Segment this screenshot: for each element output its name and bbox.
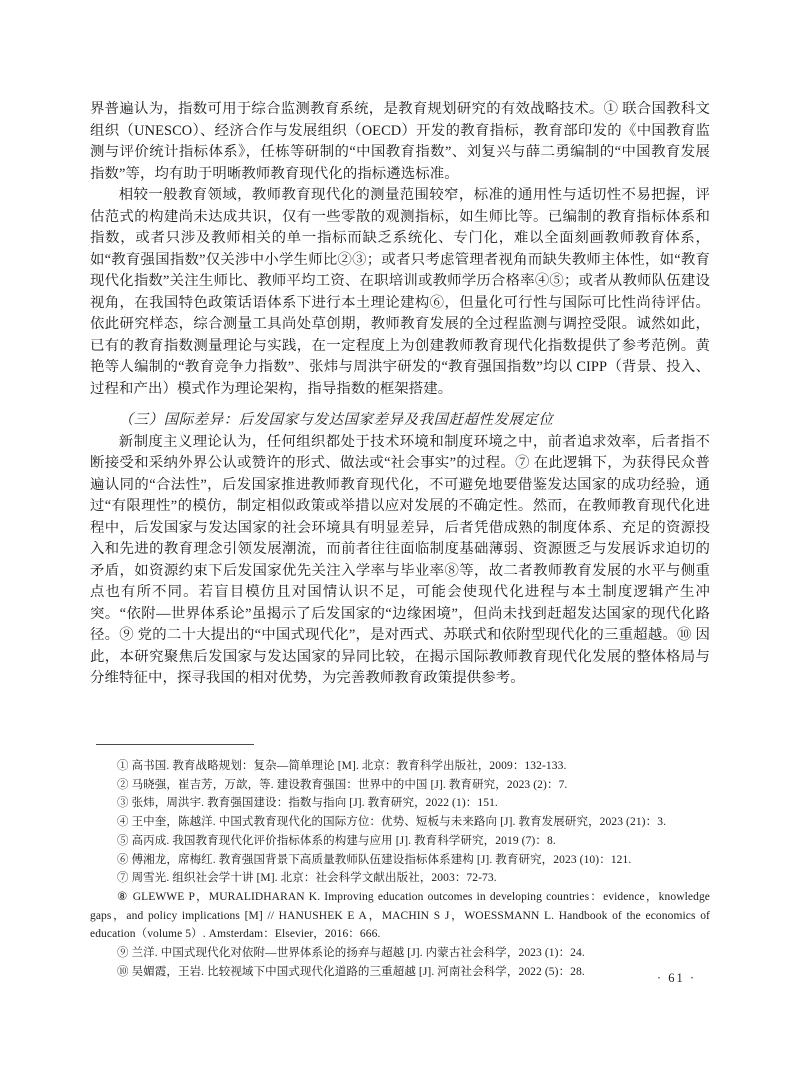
document-page: 界普遍认为，指数可用于综合监测教育系统，是教育规划研究的有效战略技术。① 联合国…: [0, 0, 800, 1077]
footnote-item: ⑨ 兰洋. 中国式现代化对依附—世界体系论的扬弃与超越 [J]. 内蒙古社会科学…: [90, 944, 710, 963]
page-number: · 61 ·: [657, 971, 696, 986]
footnote-item: ⑦ 周雪光. 组织社会学十讲 [M]. 北京：社会科学文献出版社，2003：72…: [90, 869, 710, 888]
footnote-item: ④ 王中奎，陈越洋. 中国式教育现代化的国际方位：优势、短板与未来路向 [J].…: [90, 813, 710, 832]
body-paragraph: 界普遍认为，指数可用于综合监测教育系统，是教育规划研究的有效战略技术。① 联合国…: [90, 99, 710, 185]
footnote-item: ③ 张炜，周洪宇. 教育强国建设：指数与指向 [J]. 教育研究，2022 (1…: [90, 794, 710, 813]
body-paragraph: 新制度主义理论认为，任何组织都处于技术环境和制度环境之中，前者追求效率，后者指不…: [90, 432, 710, 690]
footnote-item: ⑥ 傅湘龙，席梅红. 教育强国背景下高质量教师队伍建设指标体系建构 [J]. 教…: [90, 851, 710, 870]
footnote-item: ⑤ 高丙成. 我国教育现代化评价指标体系的构建与应用 [J]. 教育科学研究，2…: [90, 832, 710, 851]
footnote-item: ⑧ GLEWWE P，MURALIDHARAN K. Improving edu…: [90, 888, 710, 944]
footnote-item: ⑩ 吴媚霞，王岩. 比较视域下中国式现代化道路的三重超越 [J]. 河南社会科学…: [90, 963, 710, 982]
body-paragraph: 相较一般教育领域，教师教育现代化的测量范围较窄，标准的通用性与适切性不易把握，评…: [90, 185, 710, 400]
footnote-divider: [96, 744, 254, 745]
article-body: 界普遍认为，指数可用于综合监测教育系统，是教育规划研究的有效战略技术。① 联合国…: [90, 99, 710, 690]
footnote-item: ② 马晓强，崔吉芳，万歆，等. 建设教育强国：世界中的中国 [J]. 教育研究，…: [90, 776, 710, 795]
footnotes-section: ① 高书国. 教育战略规划：复杂—简单理论 [M]. 北京：教育科学出版社，20…: [90, 744, 710, 981]
footnote-item: ① 高书国. 教育战略规划：复杂—简单理论 [M]. 北京：教育科学出版社，20…: [90, 757, 710, 776]
section-heading: （三）国际差异：后发国家与发达国家差异及我国赶超性发展定位: [90, 410, 710, 432]
